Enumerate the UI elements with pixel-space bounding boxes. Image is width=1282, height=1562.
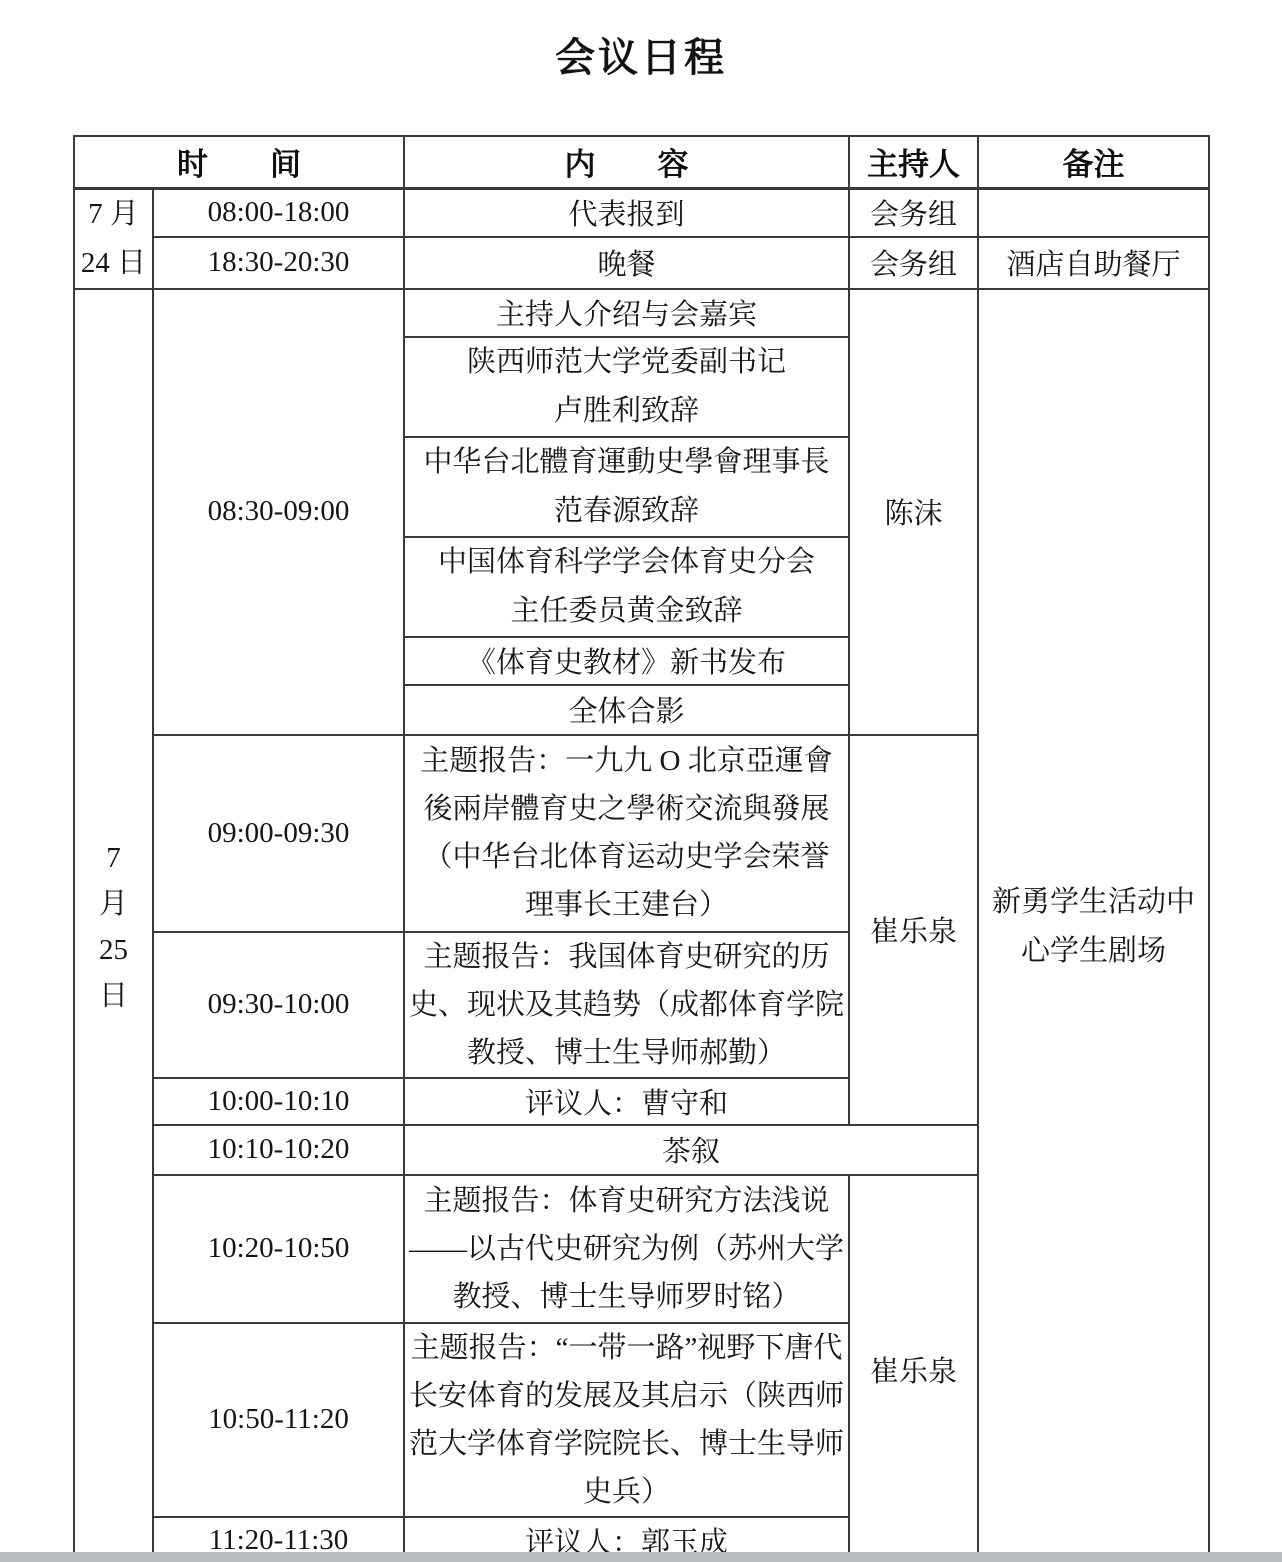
notes-line: 心学生剧场: [979, 927, 1208, 976]
text-line: 教授、博士生导师罗时铭）: [405, 1273, 848, 1321]
text-line: 中国体育科学学会体育史分会: [405, 538, 848, 587]
date-line: 7 月: [75, 190, 152, 239]
date-char: 25: [75, 927, 152, 973]
date-char: 日: [75, 973, 152, 1019]
time-cell: 09:30-10:00: [153, 932, 404, 1078]
date-cell-jul25: 7 月 25 日: [74, 289, 153, 1562]
content-cell: 主题报告：“一带一路”视野下唐代 长安体育的发展及其启示（陕西师 范大学体育学院…: [404, 1323, 849, 1517]
content-cell: 主持人介绍与会嘉宾: [404, 289, 849, 337]
table-row: 7 月 25 日 08:30-09:00 主持人介绍与会嘉宾 陈沫 新勇学生活动…: [74, 289, 1209, 337]
page-bottom-strip: [0, 1552, 1282, 1562]
date-char: 7: [75, 835, 152, 881]
notes-line: 新勇学生活动中: [979, 878, 1208, 927]
text-line: 范大学体育学院院长、博士生导师: [405, 1420, 848, 1468]
content-cell: 《体育史教材》新书发布: [404, 637, 849, 685]
text-line: 史兵）: [405, 1468, 848, 1516]
text-line: 後兩岸體育史之學術交流與發展: [405, 785, 848, 833]
header-content: 内 容: [404, 136, 849, 188]
host-cell: 陈沫: [849, 289, 978, 735]
date-char: 月: [75, 881, 152, 927]
time-cell: 09:00-09:30: [153, 735, 404, 932]
table-row: 7 月 24 日 08:00-18:00 代表报到 会务组: [74, 188, 1209, 237]
content-cell: 代表报到: [404, 188, 849, 237]
text-line: 理事长王建台）: [405, 881, 848, 929]
text-line: 主题报告：体育史研究方法浅说: [405, 1177, 848, 1225]
header-row: 时 间 内 容 主持人 备注: [74, 136, 1209, 188]
host-cell: 会务组: [849, 188, 978, 237]
table-row: 18:30-20:30 晚餐 会务组 酒店自助餐厅: [74, 237, 1209, 288]
header-host: 主持人: [849, 136, 978, 188]
content-cell: 主题报告：我国体育史研究的历 史、现状及其趋势（成都体育学院 教授、博士生导师郝…: [404, 932, 849, 1078]
text-line: 陕西师范大学党委副书记: [405, 338, 848, 387]
notes-cell: 酒店自助餐厅: [978, 237, 1209, 288]
schedule-table: 时 间 内 容 主持人 备注 7 月 24 日 08:00-18:00 代表报到…: [73, 135, 1210, 1562]
text-line: （中华台北体育运动史学会荣誉: [405, 833, 848, 881]
content-cell: 评议人：曹守和: [404, 1078, 849, 1125]
time-cell: 18:30-20:30: [153, 237, 404, 288]
date-line: 24 日: [75, 239, 152, 288]
content-cell: 陕西师范大学党委副书记 卢胜利致辞: [404, 337, 849, 437]
time-cell: 08:00-18:00: [153, 188, 404, 237]
text-line: 长安体育的发展及其启示（陕西师: [405, 1372, 848, 1420]
text-line: 主任委员黄金致辞: [405, 587, 848, 636]
text-line: 卢胜利致辞: [405, 387, 848, 436]
text-line: 中华台北體育運動史學會理事長: [405, 438, 848, 487]
header-notes: 备注: [978, 136, 1209, 188]
text-line: 主题报告：我国体育史研究的历: [405, 933, 848, 981]
notes-cell-empty: [978, 188, 1209, 237]
time-cell: 08:30-09:00: [153, 289, 404, 735]
text-line: ——以古代史研究为例（苏州大学: [405, 1225, 848, 1273]
time-cell: 10:10-10:20: [153, 1125, 404, 1175]
host-cell: 崔乐泉: [849, 1175, 978, 1562]
content-cell-tea-break: 茶叙: [404, 1125, 978, 1175]
text-line: 主题报告：一九九 O 北京亞運會: [405, 737, 848, 785]
time-cell: 10:20-10:50: [153, 1175, 404, 1323]
host-cell: 崔乐泉: [849, 735, 978, 1125]
text-line: 史、现状及其趋势（成都体育学院: [405, 981, 848, 1029]
content-cell: 主题报告：一九九 O 北京亞運會 後兩岸體育史之學術交流與發展 （中华台北体育运…: [404, 735, 849, 932]
content-cell: 全体合影: [404, 685, 849, 735]
text-line: 范春源致辞: [405, 487, 848, 536]
notes-cell-venue: 新勇学生活动中 心学生剧场: [978, 289, 1209, 1562]
date-cell-jul24: 7 月 24 日: [74, 188, 153, 289]
page-title: 会议日程: [0, 26, 1282, 83]
host-cell: 会务组: [849, 237, 978, 288]
time-cell: 10:50-11:20: [153, 1323, 404, 1517]
content-cell: 中华台北體育運動史學會理事長 范春源致辞: [404, 437, 849, 537]
time-cell: 10:00-10:10: [153, 1078, 404, 1125]
header-time: 时 间: [74, 136, 404, 188]
content-cell: 中国体育科学学会体育史分会 主任委员黄金致辞: [404, 537, 849, 637]
text-line: 主题报告：“一带一路”视野下唐代: [405, 1324, 848, 1372]
content-cell: 晚餐: [404, 237, 849, 288]
content-cell: 主题报告：体育史研究方法浅说 ——以古代史研究为例（苏州大学 教授、博士生导师罗…: [404, 1175, 849, 1323]
text-line: 教授、博士生导师郝勤）: [405, 1029, 848, 1077]
